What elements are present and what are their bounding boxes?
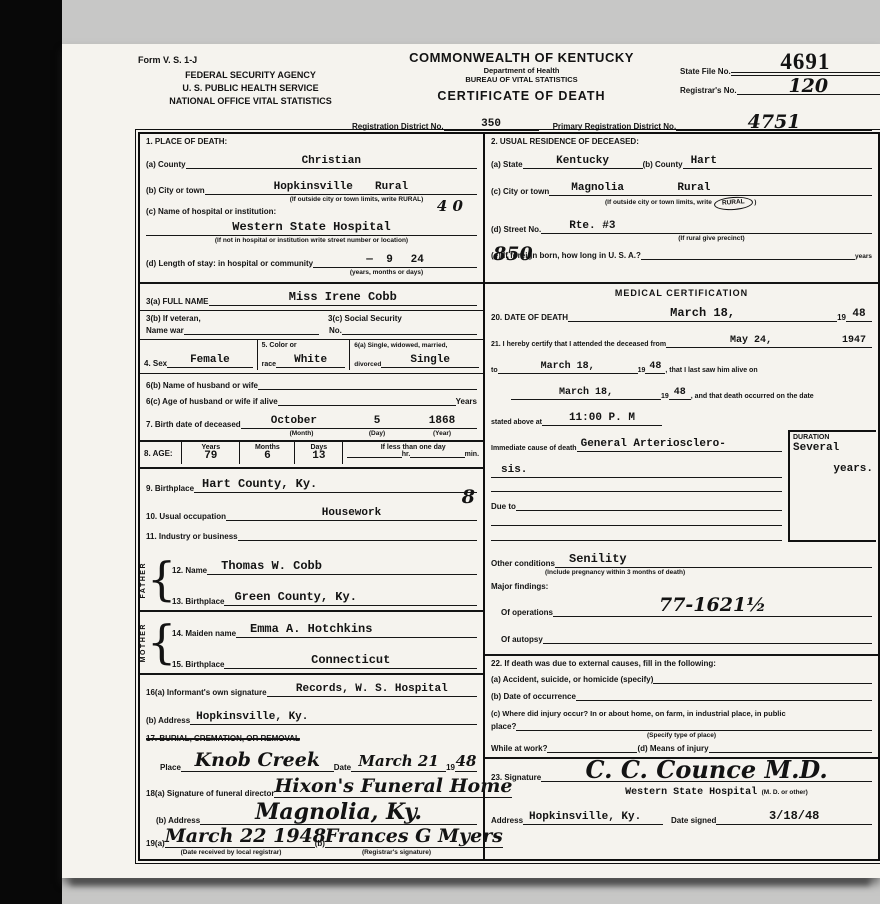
ssn-no-label: No. xyxy=(329,326,342,335)
section-sex-color-marital: 4. Sex Female 5. Color or race White 6(a… xyxy=(140,340,483,374)
medical-certification-title: MEDICAL CERTIFICATION xyxy=(485,284,878,298)
date-signed-value: 3/18/48 xyxy=(769,809,819,823)
certify-line1-label: 21. I hereby certify that I attended the… xyxy=(491,341,666,348)
sex-value: Female xyxy=(190,354,230,366)
other-conditions-note: (Include pregnancy within 3 months of de… xyxy=(485,569,878,576)
county-label: (a) County xyxy=(146,160,186,169)
street-note: (If rural give precinct) xyxy=(485,235,878,242)
external-causes-title: 22. If death was due to external causes,… xyxy=(491,659,716,668)
binding-margin-strip xyxy=(0,0,62,904)
injury-place-label: place? xyxy=(491,722,516,731)
reg-district-number: 350 xyxy=(481,118,501,130)
section-physician-signature: 23. Signature C. C. Counce M.D. Western … xyxy=(485,759,878,859)
father-birthplace-label: 13. Birthplace xyxy=(172,597,224,606)
commonwealth-title: COMMONWEALTH OF KENTUCKY xyxy=(363,50,680,65)
informant-address-value: Hopkinsville, Ky. xyxy=(196,711,308,723)
bureau-line: BUREAU OF VITAL STATISTICS xyxy=(363,75,680,84)
stay-note: (years, months or days) xyxy=(140,269,483,276)
res-city-note: (If outside city or town limits, write R… xyxy=(485,197,878,210)
date-of-death-label: 20. DATE OF DEATH xyxy=(491,313,568,322)
ssn-label: 3(c) Social Security xyxy=(328,314,402,323)
burial-date-label: Date xyxy=(334,763,351,772)
birth-date-label: 7. Birth date of deceased xyxy=(146,420,241,429)
birthplace-label: 9. Birthplace xyxy=(146,484,194,493)
res-city-value: Magnolia xyxy=(571,182,624,194)
injury-where-label: (c) Where did injury occur? In or about … xyxy=(491,709,786,718)
duration-label: DURATION xyxy=(793,434,873,441)
physician-address-value: Hopkinsville, Ky. xyxy=(529,811,641,823)
received-date-note: (Date received by local registrar) xyxy=(146,849,316,856)
mother-name-label: 14. Maiden name xyxy=(172,629,236,638)
death-occurred-label: , and that death occurred on the date xyxy=(691,393,814,400)
mother-side-label: MOTHER xyxy=(140,623,147,662)
res-city-note-post: ) xyxy=(754,199,756,206)
res-county-label: (b) County xyxy=(643,160,683,169)
state-file-label: State File No. xyxy=(680,67,731,76)
age-days-value: 13 xyxy=(299,451,338,462)
street-value: Rte. #3 xyxy=(569,220,615,232)
certificate-form: 1. PLACE OF DEATH: (a) County Christian … xyxy=(138,132,880,861)
occupation-value: Housework xyxy=(322,507,381,519)
name-war-label: Name war xyxy=(146,326,184,335)
immediate-cause-line1: General Arteriosclero- xyxy=(581,438,726,450)
to-label: to xyxy=(491,367,498,374)
date-of-death-19: 19 xyxy=(837,313,846,322)
city-rural-value: Rural xyxy=(375,181,408,193)
divorced-label: divorced xyxy=(354,361,381,368)
hospital-value: Western State Hospital xyxy=(232,220,390,234)
primary-district-label: Primary Registration District No. xyxy=(553,122,677,131)
state-file-number: 4691 xyxy=(780,49,830,74)
res-city-rural-value: Rural xyxy=(677,182,710,194)
section-birthplace-occupation: 9. Birthplace Hart County, Ky. 10. Usual… xyxy=(140,469,483,549)
age-label: 8. AGE: xyxy=(144,449,173,458)
agency-line-3: NATIONAL OFFICE VITAL STATISTICS xyxy=(138,95,363,108)
hospital-label: (c) Name of hospital or institution: xyxy=(146,207,276,216)
section-father: FATHER { 12. Name Thomas W. Cobb 13. Bir… xyxy=(140,549,483,612)
birth-day: 5 xyxy=(374,415,381,427)
attended-to-year: 48 xyxy=(649,361,661,372)
time-of-death-value: 11:00 P. M xyxy=(569,412,635,424)
received-date-value: March 22 1948 xyxy=(165,825,326,847)
hr-label: hr. xyxy=(402,451,411,458)
date-of-death-year: 48 xyxy=(852,308,865,320)
state-label: (a) State xyxy=(491,160,523,169)
major-findings-label: Major findings: xyxy=(491,582,548,591)
occupation-label: 10. Usual occupation xyxy=(146,512,226,521)
physician-address-label: Address xyxy=(491,816,523,825)
section-funeral-director: 18(a) Signature of funeral director Hixo… xyxy=(140,776,483,829)
city-note: (If outside city or town limits, write R… xyxy=(140,196,483,203)
veteran-label: 3(b) If veteran, xyxy=(146,314,328,323)
form-number: Form V. S. 1-J xyxy=(138,54,363,67)
res-county-value: Hart xyxy=(691,155,717,167)
birthplace-value: Hart County, Ky. xyxy=(202,477,317,491)
last-saw-year: 48 xyxy=(674,387,686,398)
place-of-death-title: 1. PLACE OF DEATH: xyxy=(146,137,227,146)
section-informant: 16(a) Informant's own signature Records,… xyxy=(140,675,483,729)
residence-handwritten-mark: 850 xyxy=(493,248,533,260)
reg-district-label: Registration District No. xyxy=(352,122,444,131)
day-note: (Day) xyxy=(347,430,407,437)
primary-district-number: 4751 xyxy=(748,111,801,133)
physician-signature-label: 23. Signature xyxy=(491,773,541,782)
attended-from-value: May 24, xyxy=(730,335,772,346)
stay-days: 24 xyxy=(411,254,424,266)
city-value: Hopkinsville xyxy=(274,181,353,193)
month-note: (Month) xyxy=(146,430,347,437)
hospital-note: (If not in hospital or institution write… xyxy=(140,237,483,244)
physician-hospital-typed: Western State Hospital xyxy=(625,787,757,798)
city-label: (b) City or town xyxy=(146,186,205,195)
father-name-label: 12. Name xyxy=(172,566,207,575)
form-right-column: 2. USUAL RESIDENCE OF DECEASED: (a) Stat… xyxy=(485,134,878,859)
title-block: COMMONWEALTH OF KENTUCKY Department of H… xyxy=(363,50,680,108)
other-conditions-value: Senility xyxy=(569,552,627,566)
stay-years: 9 xyxy=(386,254,393,266)
department-line: Department of Health xyxy=(363,66,680,75)
length-of-stay-label: (d) Length of stay: in hospital or commu… xyxy=(146,259,313,268)
section-major-findings: Major findings: Of operations 77-1621½ O… xyxy=(485,579,878,656)
section-cause-of-death: Immediate cause of death General Arterio… xyxy=(485,430,878,579)
color-value: White xyxy=(294,354,327,366)
stated-above-label: stated above at xyxy=(491,419,542,426)
mother-birthplace-label: 15. Birthplace xyxy=(172,660,224,669)
birth-month: October xyxy=(271,415,317,427)
stay-dash: — xyxy=(366,254,373,266)
date-of-death-value: March 18, xyxy=(670,306,735,320)
spouse-age-label: 6(c) Age of husband or wife if alive xyxy=(146,397,278,406)
less-than-day-label: If less than one day xyxy=(347,444,479,451)
foreign-born-suffix: years xyxy=(855,253,872,260)
section-full-name: 3(a) FULL NAME Miss Irene Cobb xyxy=(140,284,483,311)
duration-value-1: Several xyxy=(793,443,873,454)
full-name-value: Miss Irene Cobb xyxy=(289,290,397,304)
burial-date-value: March 21 xyxy=(358,752,438,770)
section-mother: MOTHER { 14. Maiden name Emma A. Hotchki… xyxy=(140,612,483,675)
while-at-work-label: While at work? xyxy=(491,744,547,753)
funeral-address-label: (b) Address xyxy=(146,816,200,825)
burial-title: 17. BURIAL, CREMATION, OR REMOVAL xyxy=(146,734,300,743)
of-operations-label: Of operations xyxy=(491,608,553,617)
informant-value: Records, W. S. Hospital xyxy=(296,683,448,695)
burial-date-pre: 19 xyxy=(446,763,455,772)
father-side-label: FATHER xyxy=(140,562,147,598)
section-birth-date: 7. Birth date of deceased October 5 1868… xyxy=(140,407,483,442)
last-saw-label: , that I last saw him alive on xyxy=(665,367,757,374)
agency-block: Form V. S. 1-J FEDERAL SECURITY AGENCY U… xyxy=(138,50,363,108)
of-operations-value: 77-1621½ xyxy=(659,594,766,616)
spouse-name-label: 6(b) Name of husband or wife xyxy=(146,381,258,390)
street-label: (d) Street No. xyxy=(491,225,541,234)
duration-box: DURATION Several years. xyxy=(788,430,876,542)
means-of-injury-label: (d) Means of injury xyxy=(637,744,708,753)
accident-label: (a) Accident, suicide, or homicide (spec… xyxy=(491,675,653,684)
section-veteran-ssn: 3(b) If veteran, 3(c) Social Security Na… xyxy=(140,311,483,340)
other-conditions-label: Other conditions xyxy=(491,559,555,568)
certificate-page: Form V. S. 1-J FEDERAL SECURITY AGENCY U… xyxy=(62,44,880,878)
race-label: race xyxy=(262,361,276,368)
agency-line-2: U. S. PUBLIC HEALTH SERVICE xyxy=(138,82,363,95)
certificate-title: CERTIFICATE OF DEATH xyxy=(363,89,680,103)
min-label: min. xyxy=(465,451,479,458)
informant-label: 16(a) Informant's own signature xyxy=(146,688,267,697)
physician-signature-value: C. C. Counce M.D. xyxy=(585,755,827,784)
informant-address-label: (b) Address xyxy=(146,716,190,725)
hospital-handwritten-mark: 4 0 xyxy=(437,200,463,212)
industry-label: 11. Industry or business xyxy=(146,532,238,541)
year-note: (Year) xyxy=(407,430,477,437)
burial-place-value: Knob Creek xyxy=(195,749,320,771)
state-value: Kentucky xyxy=(556,155,609,167)
occupation-handwritten-mark: 8 xyxy=(462,491,475,503)
section-age: 8. AGE: Years 79 Months 6 Days 13 If les… xyxy=(140,442,483,469)
registrar-number: 120 xyxy=(788,75,828,97)
file-number-block: State File No. 4691 Registrar's No. 120 xyxy=(680,50,880,108)
registrar-signature: Frances G Myers xyxy=(325,825,503,847)
age-years-value: 79 xyxy=(186,451,235,462)
section-registrar-receipt: 19(a) March 22 1948 (b) Frances G Myers … xyxy=(140,829,483,859)
marital-label: 6(a) Single, widowed, married, xyxy=(354,342,479,349)
agency-line-1: FEDERAL SECURITY AGENCY xyxy=(138,69,363,82)
to-19: 19 xyxy=(638,367,646,374)
county-value: Christian xyxy=(302,155,361,167)
section-place-of-death: 1. PLACE OF DEATH: (a) County Christian … xyxy=(140,134,483,284)
father-birthplace-value: Green County, Ky. xyxy=(234,590,356,604)
residence-title: 2. USUAL RESIDENCE OF DECEASED: xyxy=(491,137,639,146)
registrar-sig-b-label: (b) xyxy=(315,839,325,848)
registrar-signature-note: (Registrar's signature) xyxy=(316,849,477,856)
burial-date-year: 48 xyxy=(456,752,477,770)
father-name-value: Thomas W. Cobb xyxy=(221,559,322,573)
form-left-column: 1. PLACE OF DEATH: (a) County Christian … xyxy=(140,134,485,859)
registration-district-line: Registration District No. 350 Primary Re… xyxy=(352,116,872,131)
funeral-director-signature: Hixon's Funeral Home xyxy=(274,775,512,797)
received-label: 19(a) xyxy=(146,839,165,848)
immediate-cause-label: Immediate cause of death xyxy=(491,445,577,452)
last-saw-value: March 18, xyxy=(559,387,613,398)
res-city-note-pre: (If outside city or town limits, write xyxy=(605,199,712,206)
sex-label: 4. Sex xyxy=(144,359,167,368)
mother-birthplace-value: Connecticut xyxy=(311,653,390,667)
mother-name-value: Emma A. Hotchkins xyxy=(250,622,372,636)
birth-year: 1868 xyxy=(429,415,455,427)
full-name-label: 3(a) FULL NAME xyxy=(146,297,209,306)
funeral-director-label: 18(a) Signature of funeral director xyxy=(146,789,274,798)
funeral-address-value: Magnolia, Ky. xyxy=(255,799,422,825)
certificate-header: Form V. S. 1-J FEDERAL SECURITY AGENCY U… xyxy=(138,50,880,108)
injury-place-note: (Specify type of place) xyxy=(485,732,878,739)
section-burial: 17. BURIAL, CREMATION, OR REMOVAL Place … xyxy=(140,729,483,776)
of-autopsy-label: Of autopsy xyxy=(491,635,543,644)
occurrence-date-label: (b) Date of occurrence xyxy=(491,692,576,701)
spouse-age-suffix: Years xyxy=(456,397,477,406)
burial-place-label: Place xyxy=(146,763,181,772)
section-medical-certification: MEDICAL CERTIFICATION 20. DATE OF DEATH … xyxy=(485,284,878,430)
last-saw-19: 19 xyxy=(661,393,669,400)
color-label: 5. Color or xyxy=(262,342,346,349)
attended-to-value: March 18, xyxy=(541,361,595,372)
marital-value: Single xyxy=(410,354,450,366)
duration-value-2: years. xyxy=(793,464,873,475)
date-signed-label: Date signed xyxy=(671,816,716,825)
rural-circled: RURAL xyxy=(713,196,753,212)
immediate-cause-line2: sis. xyxy=(501,464,527,476)
physician-signature-note: (M. D. or other) xyxy=(762,789,808,796)
section-external-causes: 22. If death was due to external causes,… xyxy=(485,656,878,759)
due-to-label: Due to xyxy=(491,502,516,511)
section-spouse: 6(b) Name of husband or wife 6(c) Age of… xyxy=(140,374,483,407)
section-usual-residence: 2. USUAL RESIDENCE OF DECEASED: (a) Stat… xyxy=(485,134,878,284)
res-city-label: (c) City or town xyxy=(491,187,549,196)
age-months-value: 6 xyxy=(244,451,290,462)
attended-from-year: 1947 xyxy=(842,335,866,346)
registrar-no-label: Registrar's No. xyxy=(680,86,737,95)
